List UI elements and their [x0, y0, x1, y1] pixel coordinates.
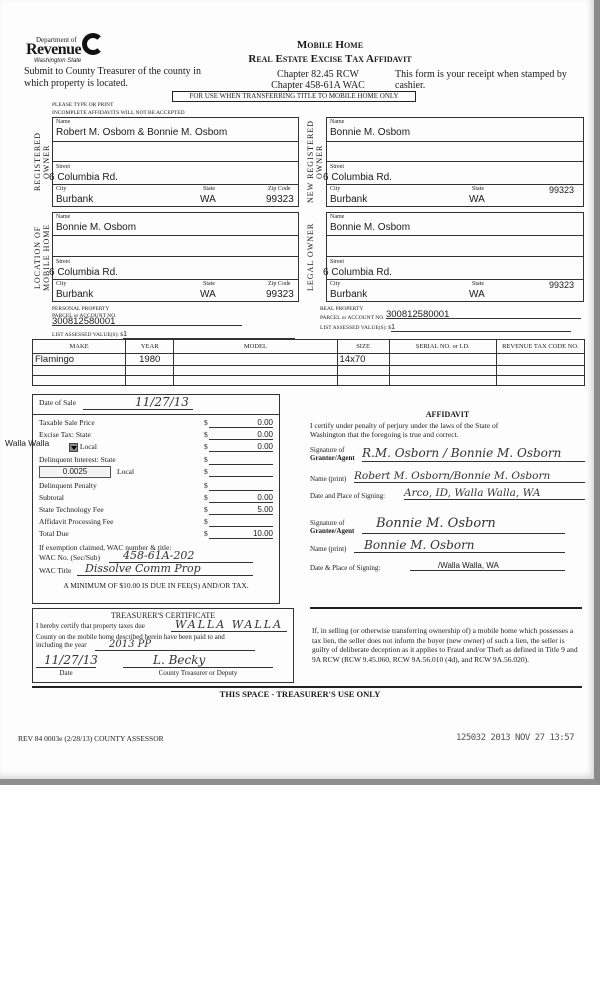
affidavit-certify: I certify under penalty of perjury under…	[310, 421, 520, 439]
assessed-label: LIST ASSESSED VALUE(S): $	[320, 325, 391, 331]
grantor-place-field[interactable]: Arco, ID, Walla Walla, WA	[404, 487, 585, 500]
legal-owner-street[interactable]: 6 Columbia Rd.	[323, 267, 392, 278]
cell-size[interactable]	[337, 376, 389, 386]
dollar-sign: $	[204, 467, 208, 476]
treasurer-signature-field[interactable]: L. Becky	[123, 653, 273, 668]
delinquent-penalty-label: Delinquent Penalty	[39, 481, 97, 490]
real-parcel: REAL PROPERTY PARCEL or ACCOUNT NO. 3008…	[320, 306, 585, 332]
new-owner-state[interactable]: WA	[469, 194, 485, 205]
legal-owner-box: Name Bonnie M. Osbom Street 6 Columbia R…	[326, 212, 584, 302]
dollar-sign: $	[204, 430, 208, 439]
grantor-sig-label: Signature of	[310, 446, 355, 454]
dollar-sign: $	[204, 517, 208, 526]
cell-make[interactable]	[33, 366, 126, 376]
name-label: Name	[56, 214, 70, 220]
date-of-sale-field[interactable]: 11/27/13	[83, 395, 193, 410]
incomplete-note: INCOMPLETE AFFIDAVITS WILL NOT BE ACCEPT…	[52, 109, 185, 117]
receipt-note: This form is your receipt when stamped b…	[395, 69, 575, 91]
grantor-name-label: Name (print)	[310, 475, 346, 483]
grantee-signature-field[interactable]: Bonnie M. Osborn	[362, 516, 565, 534]
taxable-price-field[interactable]: 0.00	[209, 418, 273, 428]
grantee-place-label: Date & Place of Signing:	[310, 564, 380, 572]
date-label: Date	[36, 669, 96, 677]
for-use-banner: FOR USE WHEN TRANSFERRING TITLE TO MOBIL…	[172, 91, 416, 102]
grantee-signature-row: Signature of Grantee/Agent Bonnie M. Osb…	[310, 516, 585, 538]
local-county-select[interactable]: Walla Walla	[5, 438, 49, 448]
cell-size[interactable]	[337, 366, 389, 376]
registered-owner-name[interactable]: Robert M. Osbom & Bonnie M. Osbom	[56, 127, 227, 138]
dollar-sign: $	[204, 529, 208, 538]
wac-no-field[interactable]: 458-61A-202	[109, 549, 253, 563]
state-label: State	[472, 281, 484, 287]
table-row: Flamingo 1980 14x70	[33, 354, 585, 366]
local-county-dropdown-icon[interactable]	[69, 443, 78, 452]
dollar-sign: $	[204, 418, 208, 427]
dollar-sign: $	[204, 505, 208, 514]
cell-year[interactable]	[126, 366, 174, 376]
legal-owner-label: LEGAL OWNER	[306, 212, 328, 302]
zip-label: Zip Code	[268, 281, 291, 287]
state-label: State	[203, 281, 215, 287]
registered-owner-state[interactable]: WA	[200, 194, 216, 205]
form-title-line1: Mobile Home	[230, 39, 430, 51]
street-label: Street	[330, 259, 344, 265]
wac-title-label: WAC Title	[39, 566, 71, 575]
excise-state-field[interactable]: 0.00	[209, 430, 273, 440]
street-label: Street	[56, 164, 70, 170]
grantor-signature-row: Signature of Grantor/Agent R.M. Osborn /…	[310, 444, 585, 466]
excise-local-field[interactable]: 0.00	[209, 442, 273, 452]
new-registered-owner-box: Name Bonnie M. Osbom Street 6 Columbia R…	[326, 117, 584, 207]
treasurer-line1: I hereby certify that property taxes due	[36, 622, 145, 630]
col-serial: SERIAL NO. or I.D.	[389, 340, 496, 354]
col-make: MAKE	[33, 340, 126, 354]
affidavit-section: AFFIDAVIT I certify under penalty of per…	[310, 410, 585, 439]
tech-fee-field[interactable]: 5.00	[209, 505, 273, 515]
processing-fee-label: Affidavit Processing Fee	[39, 517, 113, 526]
location-zip[interactable]: 99323	[266, 289, 294, 300]
delinquent-interest-label: Delinquent Interest: State	[39, 455, 116, 464]
col-model: MODEL	[174, 340, 337, 354]
excise-local-group: Local	[69, 442, 97, 452]
location-name-line2[interactable]	[53, 236, 298, 257]
legal-owner-name-line2[interactable]	[327, 236, 583, 257]
new-owner-name[interactable]: Bonnie M. Osbom	[330, 127, 410, 138]
grantor-place-label: Date and Place of Signing:	[310, 492, 385, 500]
delinquent-local-label: Local	[117, 467, 134, 476]
treasurer-line3: including the year	[36, 641, 87, 649]
treasurer-date-field[interactable]: 11/27/13	[36, 653, 96, 668]
treasurer-county-field[interactable]: WALLA WALLA	[171, 618, 287, 632]
cell-year[interactable]	[126, 376, 174, 386]
dollar-sign: $	[204, 442, 208, 451]
cell-model[interactable]	[174, 376, 337, 386]
grantee-name-row: Name (print) Bonnie M. Osborn	[310, 540, 585, 556]
cell-make[interactable]	[33, 376, 126, 386]
form-id: REV 84 0003e (2/28/13) COUNTY ASSESSOR	[18, 734, 164, 743]
cell-serial[interactable]	[389, 366, 496, 376]
legal-owner-zip[interactable]: 99323	[549, 280, 574, 290]
new-owner-zip[interactable]: 99323	[549, 185, 574, 195]
registered-owner-box: Name Robert M. Osbom & Bonnie M. Osbom S…	[52, 117, 299, 207]
grantor-agent-label: Grantor/Agent	[310, 454, 355, 462]
new-owner-name-line2[interactable]	[327, 142, 583, 162]
real-assessed-value[interactable]: 1	[391, 324, 571, 332]
legal-owner-state[interactable]: WA	[469, 289, 485, 300]
processing-fee-field[interactable]	[209, 517, 273, 527]
affidavit-title: AFFIDAVIT	[310, 410, 585, 419]
state-label: State	[203, 186, 215, 192]
treasurer-sig-label: County Treasurer or Deputy	[123, 669, 273, 677]
wac-no-label: WAC No. (Sec/Sub)	[39, 553, 100, 562]
taxable-price-label: Taxable Sale Price	[39, 418, 95, 427]
total-due-field[interactable]: 10.00	[209, 529, 273, 539]
location-name[interactable]: Bonnie M. Osbom	[56, 222, 136, 233]
street-label: Street	[330, 164, 344, 170]
dollar-sign: $	[204, 493, 208, 502]
cell-size[interactable]: 14x70	[337, 354, 389, 366]
city-label: City	[330, 186, 340, 192]
grantee-place-field[interactable]: /Walla Walla, WA	[410, 561, 565, 571]
name-label: Name	[330, 214, 344, 220]
location-street[interactable]: 6 Columbia Rd.	[49, 267, 118, 278]
cell-year[interactable]: 1980	[126, 354, 174, 366]
location-state[interactable]: WA	[200, 289, 216, 300]
cell-model[interactable]	[174, 366, 337, 376]
chapter-rcw: Chapter 82.45 RCW	[258, 69, 378, 80]
treasurer-use-label: THIS SPACE - TREASURER'S USE ONLY	[0, 689, 600, 699]
name-label: Name	[330, 119, 344, 125]
real-parcel-number[interactable]: 300812580001	[386, 311, 581, 319]
instructions: PLEASE TYPE OR PRINT INCOMPLETE AFFIDAVI…	[52, 101, 185, 117]
new-registered-owner-label: NEW REGISTERED OWNER	[306, 117, 328, 207]
cell-serial[interactable]	[389, 376, 496, 386]
city-label: City	[56, 281, 66, 287]
dollar-sign: $	[204, 481, 208, 490]
interest-rate-field[interactable]: 0.0025	[39, 466, 111, 478]
grantor-signature-field[interactable]: R.M. Osborn / Bonnie M. Osborn	[362, 446, 585, 462]
minimum-note: A MINIMUM OF $10.00 IS DUE IN FEE(S) AND…	[39, 581, 273, 593]
document-page: Department of Revenue Washington State S…	[0, 0, 600, 785]
personal-parcel-number[interactable]: 300812580001	[52, 318, 242, 326]
grantee-sig-label: Signature of	[310, 519, 354, 527]
wac-title-field[interactable]: Dissolve Comm Prop	[77, 562, 253, 576]
delinquent-penalty-field[interactable]	[209, 481, 273, 491]
legal-owner-city[interactable]: Burbank	[330, 289, 367, 300]
grantor-name-row: Name (print) Robert M. Osborn/Bonnie M. …	[310, 470, 585, 486]
registered-owner-zip[interactable]: 99323	[266, 194, 294, 205]
revenue-logo: Department of Revenue Washington State	[24, 28, 114, 64]
zip-label: Zip Code	[268, 186, 291, 192]
state-label: State	[472, 186, 484, 192]
registered-owner-city[interactable]: Burbank	[56, 194, 93, 205]
col-tax-code: REVENUE TAX CODE NO.	[496, 340, 584, 354]
location-city[interactable]: Burbank	[56, 289, 93, 300]
fees-box: Date of Sale 11/27/13 Taxable Sale Price…	[32, 394, 280, 604]
name-label: Name	[56, 119, 70, 125]
submit-note: Submit to County Treasurer of the county…	[24, 66, 204, 90]
col-year: YEAR	[126, 340, 174, 354]
personal-assessed-value[interactable]: 1	[123, 331, 295, 339]
grantor-name-field[interactable]: Robert M. Osborn/Bonnie M. Osborn	[354, 470, 585, 483]
delinquent-interest-state-field[interactable]	[209, 455, 273, 465]
street-label: Street	[56, 259, 70, 265]
grantor-place-row: Date and Place of Signing: Arco, ID, Wal…	[310, 487, 585, 503]
form-title-line2: Real Estate Excise Tax Affidavit	[190, 53, 470, 65]
please-type: PLEASE TYPE OR PRINT	[52, 101, 185, 109]
grantee-place-row: Date & Place of Signing: /Walla Walla, W…	[310, 561, 585, 575]
excise-local-label: Local	[80, 442, 97, 451]
location-box: Name Bonnie M. Osbom Street 6 Columbia R…	[52, 212, 299, 302]
grantee-name-field[interactable]: Bonnie M. Osborn	[354, 538, 565, 553]
legal-owner-name[interactable]: Bonnie M. Osbom	[330, 222, 410, 233]
city-label: City	[56, 186, 66, 192]
personal-parcel: PERSONAL PROPERTY PARCEL or ACCOUNT NO. …	[52, 306, 298, 339]
city-label: City	[330, 281, 340, 287]
assessed-label: LIST ASSESSED VALUE(S): $	[52, 332, 123, 338]
new-owner-city[interactable]: Burbank	[330, 194, 367, 205]
registered-owner-name-line2[interactable]	[53, 142, 298, 162]
receipt-stamp: 125032 2013 NOV 27 13:57	[456, 733, 574, 743]
date-of-sale-label: Date of Sale	[39, 398, 76, 407]
lien-warning: If, in selling (or otherwise transferrin…	[312, 626, 580, 664]
tech-fee-label: State Technology Fee	[39, 505, 104, 514]
table-header-row: MAKE YEAR MODEL SIZE SERIAL NO. or I.D. …	[33, 340, 585, 354]
personal-property-label: PERSONAL PROPERTY	[52, 306, 298, 313]
col-size: SIZE	[337, 340, 389, 354]
revenue-logo-icon	[82, 33, 104, 55]
subtotal-field[interactable]: 0.00	[209, 493, 273, 503]
treasurer-year-field[interactable]: 2013 PP	[95, 639, 255, 651]
new-owner-street[interactable]: 6 Columbia Rd.	[323, 172, 392, 183]
grantee-agent-label: Grantee/Agent	[310, 527, 354, 535]
treasurer-certificate: TREASURER'S CERTIFICATE I hereby certify…	[32, 608, 294, 683]
divider	[310, 607, 582, 609]
grantee-name-label: Name (print)	[310, 545, 346, 553]
total-due-label: Total Due	[39, 529, 69, 538]
cell-tax-code[interactable]	[496, 354, 584, 366]
logo-name: Revenue	[26, 41, 81, 59]
parcel-label: PARCEL or ACCOUNT NO.	[320, 315, 385, 321]
divider	[32, 686, 582, 688]
registered-owner-street[interactable]: 6 Columbia Rd.	[49, 172, 118, 183]
mobile-home-table: MAKE YEAR MODEL SIZE SERIAL NO. or I.D. …	[32, 339, 585, 386]
cell-serial[interactable]	[389, 354, 496, 366]
delinquent-interest-local-field[interactable]	[209, 467, 273, 477]
cell-make[interactable]: Flamingo	[33, 354, 126, 366]
table-row	[33, 366, 585, 376]
cell-tax-code[interactable]	[496, 366, 584, 376]
logo-state: Washington State	[34, 58, 81, 64]
cell-model[interactable]	[174, 354, 337, 366]
cell-tax-code[interactable]	[496, 376, 584, 386]
table-row	[33, 376, 585, 386]
chapter-wac: Chapter 458-61A WAC	[258, 80, 378, 91]
dollar-sign: $	[204, 455, 208, 464]
subtotal-label: Subtotal	[39, 493, 64, 502]
